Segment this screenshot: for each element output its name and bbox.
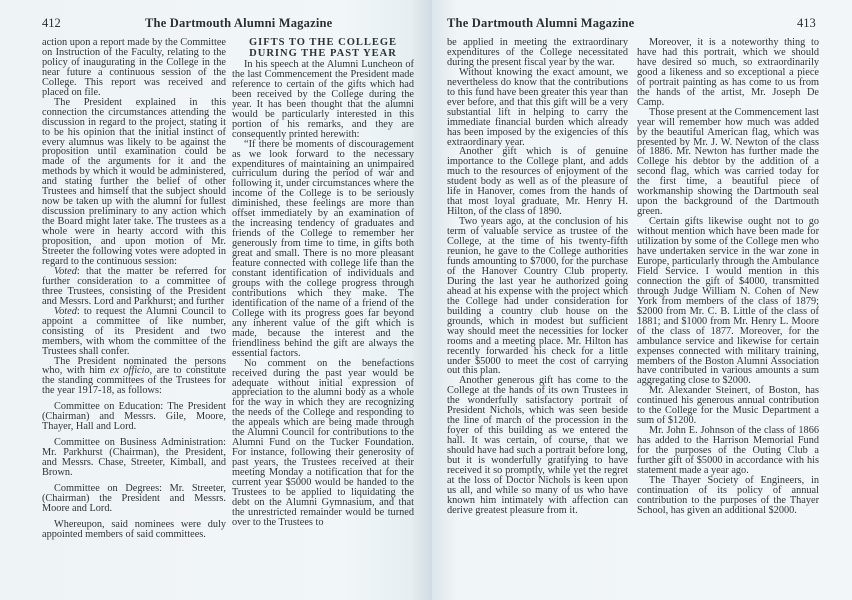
paragraph: The Thayer Society of Engineers, in cont… — [637, 476, 819, 516]
section-heading: GIFTS TO THE COLLEGE DURING THE PAST YEA… — [232, 38, 414, 59]
paragraph: Mr. Alexander Steinert, of Boston, has c… — [637, 386, 819, 426]
committee-degrees: Committee on Degrees: Mr. Streeter, (Cha… — [42, 484, 226, 514]
paragraph: No comment on the benefactions received … — [232, 359, 414, 528]
paragraph: Certain gifts likewise ought not to go w… — [637, 217, 819, 386]
running-head-left: The Dartmouth Alumni Magazine — [145, 16, 332, 31]
paragraph: Two years ago, at the conclusion of his … — [447, 217, 628, 376]
paragraph: “If there be moments of discouragement a… — [232, 140, 414, 359]
paragraph: Another gift which is of genuine importa… — [447, 147, 628, 217]
paragraph: Whereupon, said nominees were duly appoi… — [42, 520, 226, 540]
left-column-1: action upon a report made by the Committ… — [42, 38, 226, 540]
paragraph: The President explained in this connecti… — [42, 98, 226, 267]
left-column-2: GIFTS TO THE COLLEGE DURING THE PAST YEA… — [232, 38, 414, 528]
right-column-2: Moreover, it is a noteworthy thing to ha… — [637, 38, 819, 516]
paragraph: The President nominated the persons who,… — [42, 357, 226, 397]
page-number-right: 413 — [797, 16, 816, 31]
committee-education: Committee on Education: The President (C… — [42, 402, 226, 432]
magazine-spread: 412 The Dartmouth Alumni Magazine action… — [0, 0, 852, 600]
paragraph: Mr. John E. Johnson of the class of 1866… — [637, 426, 819, 476]
committee-business: Committee on Business Administration: Mr… — [42, 438, 226, 478]
paragraph: Moreover, it is a noteworthy thing to ha… — [637, 38, 819, 108]
paragraph: be applied in meeting the extraordinary … — [447, 38, 628, 68]
right-page: The Dartmouth Alumni Magazine 413 be app… — [432, 0, 852, 600]
paragraph: Without knowing the exact amount, we nev… — [447, 68, 628, 148]
paragraph: action upon a report made by the Committ… — [42, 38, 226, 98]
paragraph: Those present at the Commencement last y… — [637, 108, 819, 217]
vote-paragraph: Voted: to request the Alumni Council to … — [42, 307, 226, 357]
vote-paragraph: Voted: that the matter be referred for f… — [42, 267, 226, 307]
paragraph: In his speech at the Alumni Luncheon of … — [232, 60, 414, 140]
page-number-left: 412 — [42, 16, 61, 31]
paragraph: Another generous gift has come to the Co… — [447, 376, 628, 515]
left-page: 412 The Dartmouth Alumni Magazine action… — [0, 0, 432, 600]
right-column-1: be applied in meeting the extraordinary … — [447, 38, 628, 516]
running-head-right: The Dartmouth Alumni Magazine — [447, 16, 634, 31]
